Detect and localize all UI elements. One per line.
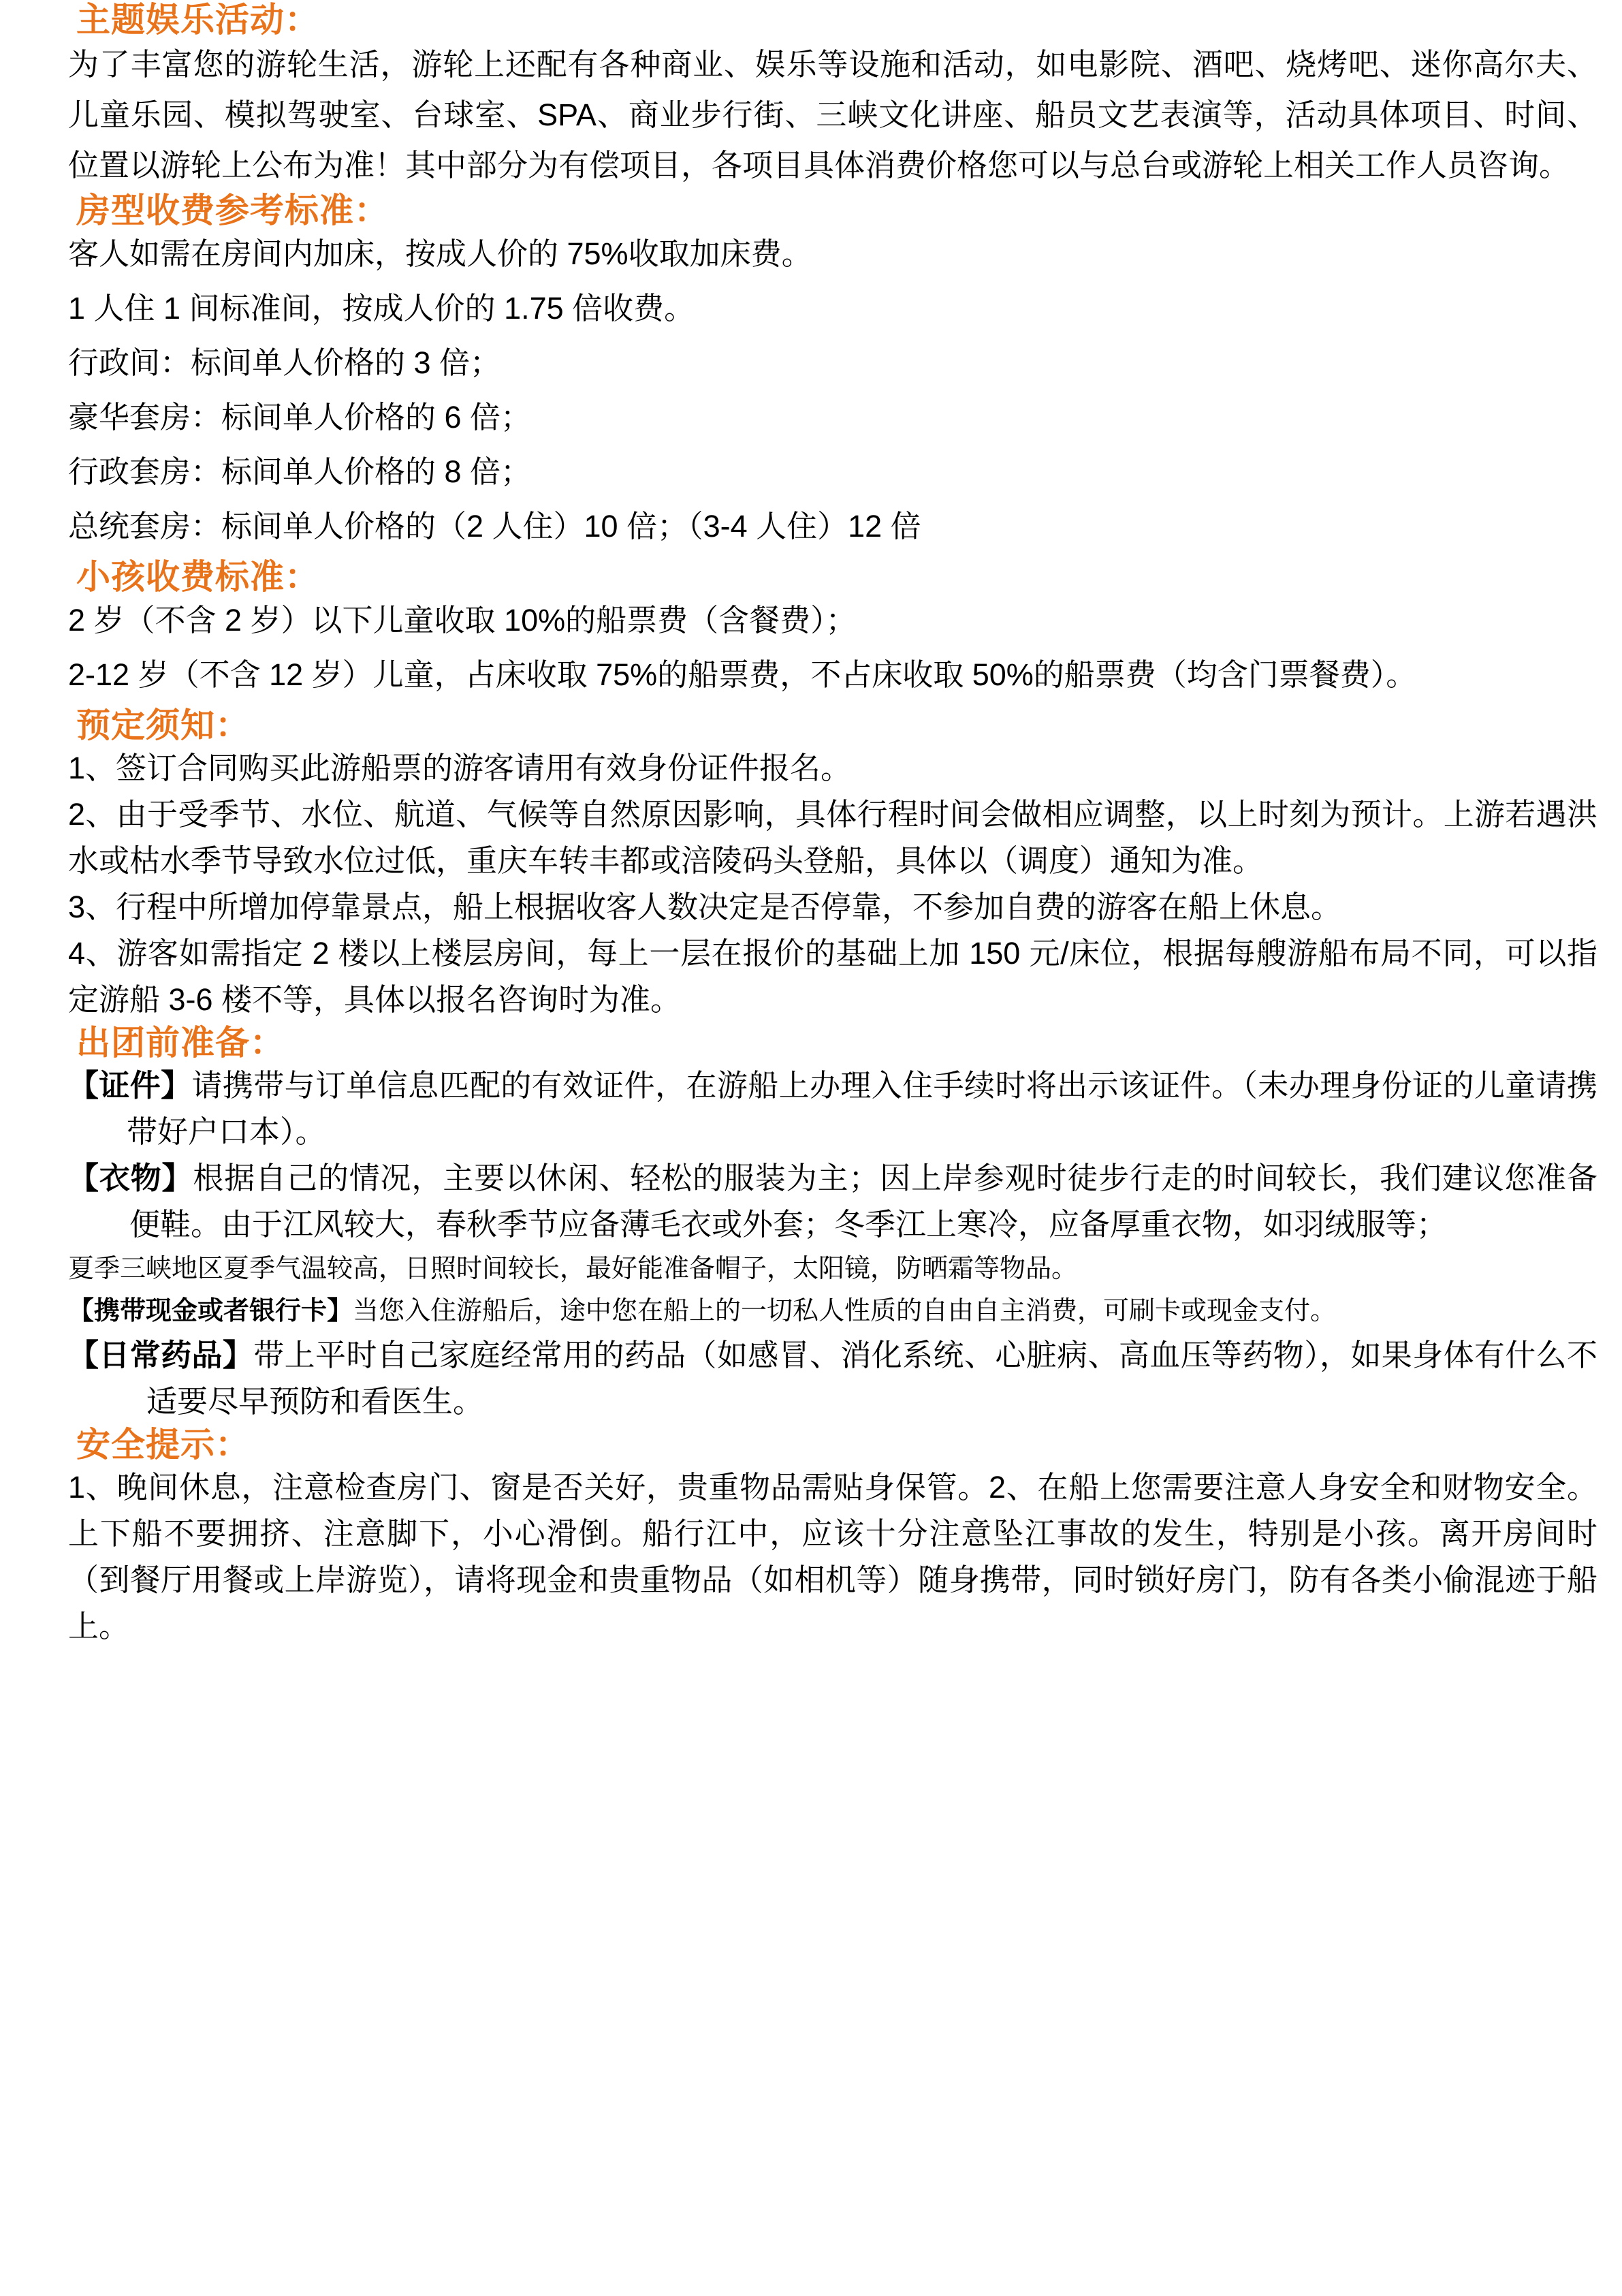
- section-heading: 房型收费参考标准：: [76, 191, 1597, 230]
- term-label: 【衣物】: [68, 1161, 193, 1195]
- paragraph: 1 人住 1 间标准间，按成人价的 1.75 倍收费。: [68, 285, 1597, 332]
- paragraph-cash-card: 【携带现金或者银行卡】当您入住游船后，途中您在船上的一切私人性质的自由自主消费，…: [68, 1290, 1597, 1332]
- term-text: 请携带与订单信息匹配的有效证件，在游船上办理入住手续时将出示该证件。（未办理身份…: [127, 1068, 1597, 1149]
- document: 主题娱乐活动： 为了丰富您的游轮生活，游轮上还配有各种商业、娱乐等设施和活动，如…: [0, 0, 1622, 2296]
- paragraph: 行政套房：标间单人价格的 8 倍；: [68, 448, 1597, 496]
- section-child-rates: 小孩收费标准： 2 岁（不含 2 岁）以下儿童收取 10%的船票费（含餐费）； …: [68, 557, 1597, 699]
- paragraph-clothing-note: 夏季三峡地区夏季气温较高，日照时间较长，最好能准备帽子，太阳镜，防晒霜等物品。: [68, 1248, 1597, 1290]
- paragraph: 豪华套房：标间单人价格的 6 倍；: [68, 394, 1597, 441]
- term-label: 【日常药品】: [68, 1338, 253, 1372]
- paragraph: 行政间：标间单人价格的 3 倍；: [68, 339, 1597, 387]
- paragraph: 2 岁（不含 2 岁）以下儿童收取 10%的船票费（含餐费）；: [68, 597, 1597, 644]
- paragraph: 总统套房：标间单人价格的（2 人住）10 倍；（3-4 人住）12 倍: [68, 503, 1597, 550]
- section-pre-trip: 出团前准备： 【证件】请携带与订单信息匹配的有效证件，在游船上办理入住手续时将出…: [68, 1023, 1597, 1425]
- section-heading: 出团前准备：: [76, 1023, 1597, 1063]
- term-text: 带上平时自己家庭经常用的药品（如感冒、消化系统、心脏病、高血压等药物），如果身体…: [146, 1338, 1597, 1419]
- paragraph-clothing: 【衣物】根据自己的情况，主要以休闲、轻松的服装为主；因上岸参观时徒步行走的时间较…: [68, 1155, 1597, 1248]
- section-heading: 安全提示：: [76, 1425, 1597, 1464]
- section-room-rates: 房型收费参考标准： 客人如需在房间内加床，按成人价的 75%收取加床费。 1 人…: [68, 191, 1597, 550]
- paragraph: 1、晚间休息，注意检查房门、窗是否关好，贵重物品需贴身保管。2、在船上您需要注意…: [68, 1464, 1597, 1650]
- section-heading: 小孩收费标准：: [76, 557, 1597, 597]
- term-text: 当您入住游船后，途中您在船上的一切私人性质的自由自主消费，可刷卡或现金支付。: [353, 1297, 1336, 1325]
- paragraph-documents: 【证件】请携带与订单信息匹配的有效证件，在游船上办理入住手续时将出示该证件。（未…: [68, 1063, 1597, 1155]
- section-heading: 预定须知：: [76, 706, 1597, 745]
- term-label: 【携带现金或者银行卡】: [68, 1297, 353, 1325]
- paragraph: 4、游客如需指定 2 楼以上楼层房间，每上一层在报价的基础上加 150 元/床位…: [68, 930, 1597, 1023]
- term-text: 根据自己的情况，主要以休闲、轻松的服装为主；因上岸参观时徒步行走的时间较长，我们…: [129, 1161, 1597, 1242]
- paragraph-medicine: 【日常药品】带上平时自己家庭经常用的药品（如感冒、消化系统、心脏病、高血压等药物…: [68, 1332, 1597, 1425]
- section-safety: 安全提示： 1、晚间休息，注意检查房门、窗是否关好，贵重物品需贴身保管。2、在船…: [68, 1425, 1597, 1650]
- section-entertainment: 主题娱乐活动： 为了丰富您的游轮生活，游轮上还配有各种商业、娱乐等设施和活动，如…: [68, 0, 1597, 191]
- paragraph: 2、由于受季节、水位、航道、气候等自然原因影响，具体行程时间会做相应调整，以上时…: [68, 791, 1597, 884]
- paragraph: 为了丰富您的游轮生活，游轮上还配有各种商业、娱乐等设施和活动，如电影院、酒吧、烧…: [68, 40, 1597, 191]
- paragraph: 3、行程中所增加停靠景点，船上根据收客人数决定是否停靠，不参加自费的游客在船上休…: [68, 884, 1597, 930]
- section-booking-notes: 预定须知： 1、签订合同购买此游船票的游客请用有效身份证件报名。 2、由于受季节…: [68, 706, 1597, 1023]
- paragraph: 客人如需在房间内加床，按成人价的 75%收取加床费。: [68, 230, 1597, 278]
- paragraph: 1、签订合同购买此游船票的游客请用有效身份证件报名。: [68, 745, 1597, 791]
- term-label: 【证件】: [68, 1068, 192, 1103]
- section-heading: 主题娱乐活动：: [76, 0, 1597, 40]
- paragraph: 2-12 岁（不含 12 岁）儿童，占床收取 75%的船票费，不占床收取 50%…: [68, 651, 1597, 699]
